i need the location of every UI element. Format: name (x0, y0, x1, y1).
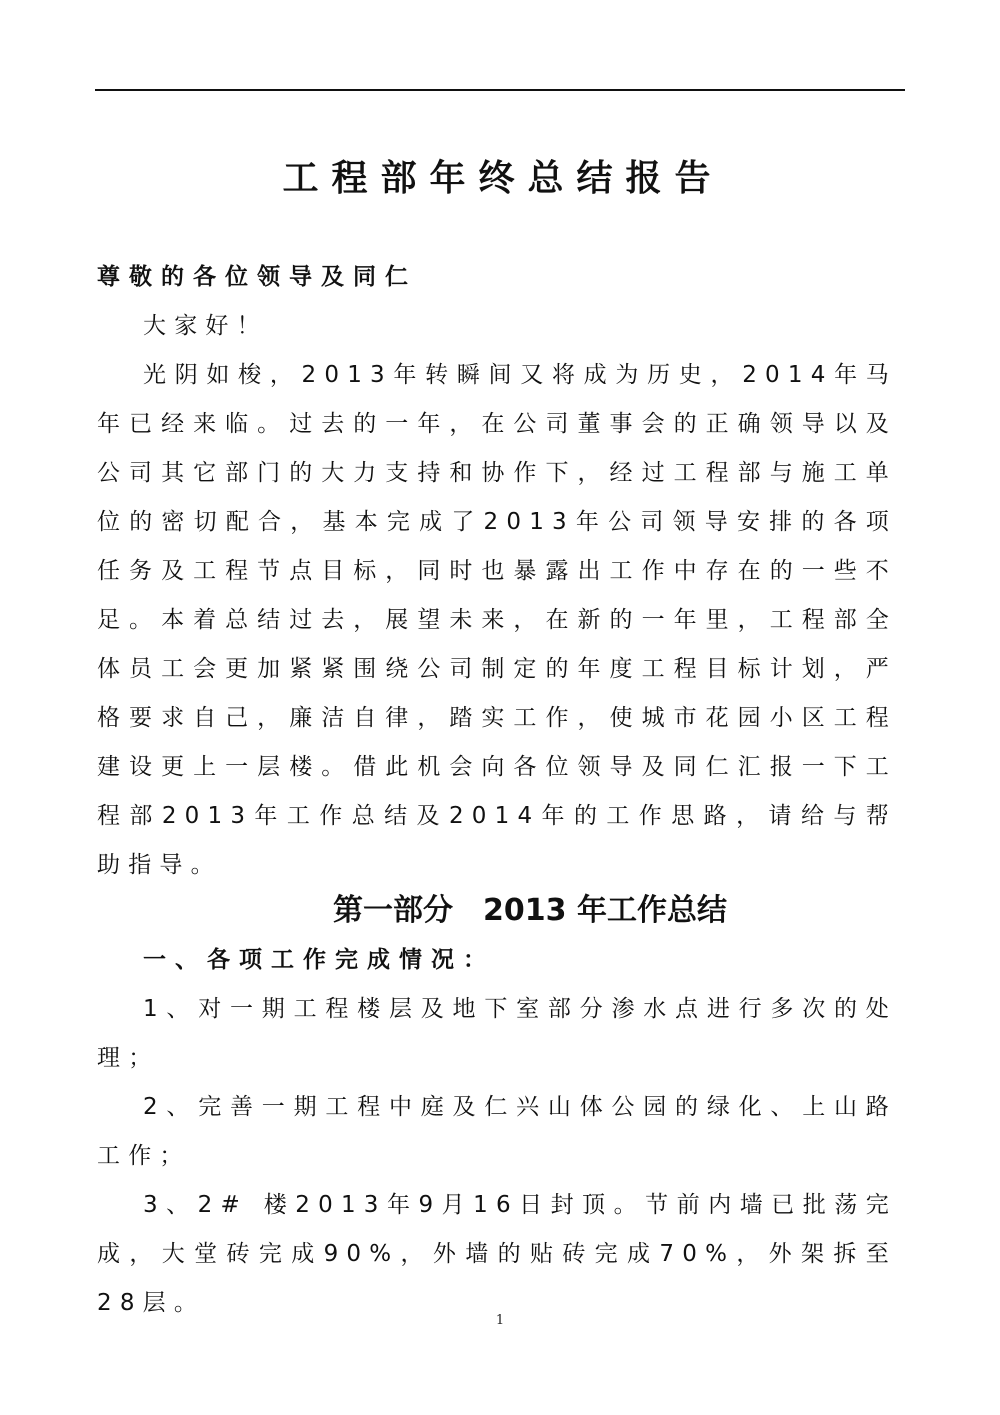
list-item: 1、对一期工程楼层及地下室部分渗水点进行多次的处理； (97, 985, 897, 1083)
subheading: 一、各项工作完成情况： (97, 936, 897, 985)
header-rule (95, 89, 905, 91)
intro-paragraph: 光阴如梭，2013年转瞬间又将成为历史，2014年马年已经来临。过去的一年，在公… (97, 351, 897, 890)
greeting: 大家好！ (97, 302, 897, 351)
list-item: 3、2# 楼2013年9月16日封顶。节前内墙已批荡完成，大堂砖完成90%，外墙… (97, 1181, 897, 1328)
section-heading: 第一部分 2013 年工作总结 (0, 888, 1000, 934)
list-item: 2、完善一期工程中庭及仁兴山体公园的绿化、上山路工作； (97, 1083, 897, 1181)
document-title: 工程部年终总结报告 (0, 152, 1000, 204)
document-page: 工程部年终总结报告 尊敬的各位领导及同仁 大家好！ 光阴如梭，2013年转瞬间又… (0, 0, 1000, 1415)
page-number: 1 (0, 1313, 1000, 1328)
salutation: 尊敬的各位领导及同仁 (97, 253, 897, 302)
